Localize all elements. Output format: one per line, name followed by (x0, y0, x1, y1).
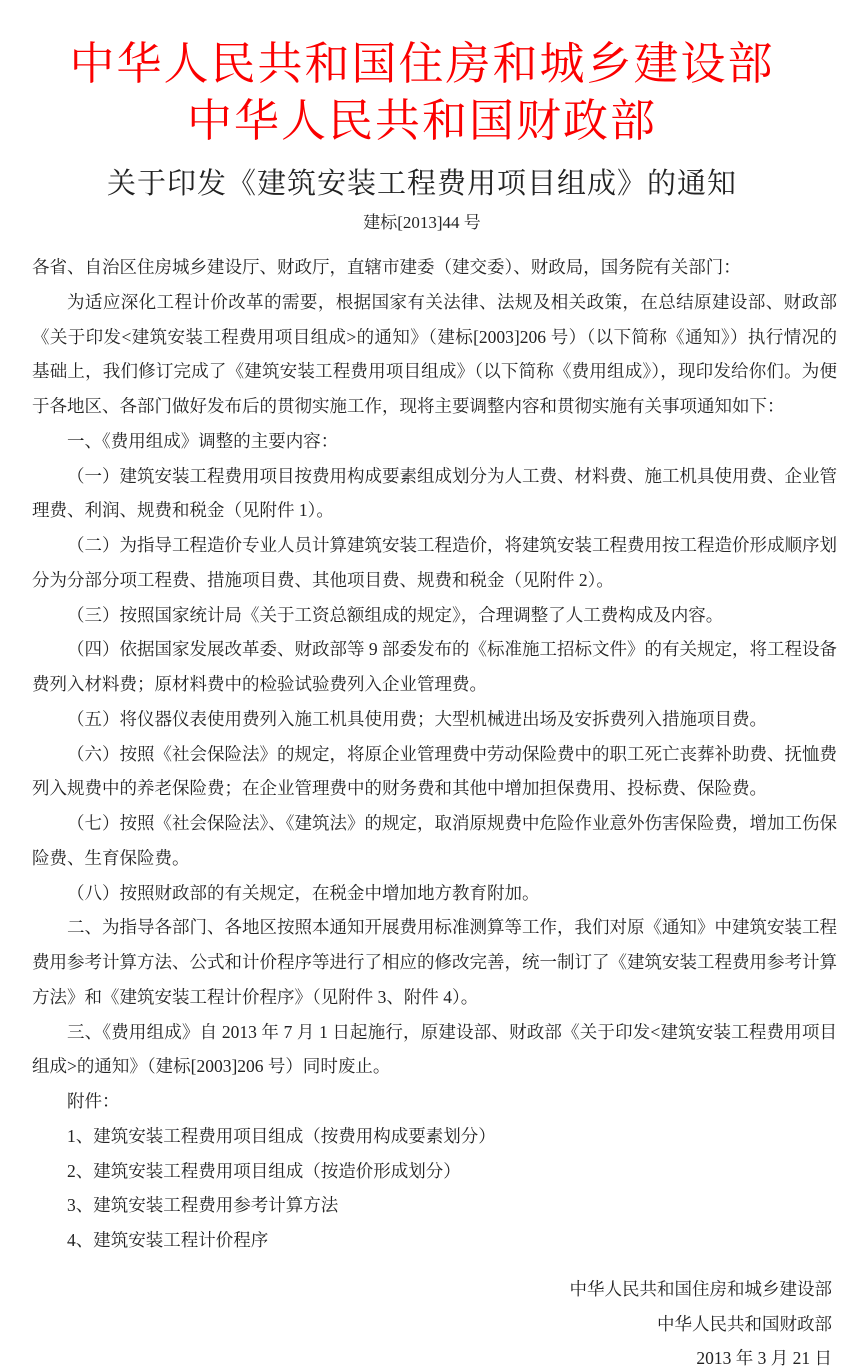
body-paragraph: 一、《费用组成》调整的主要内容： (32, 424, 837, 459)
body-paragraph: （七）按照《社会保险法》、《建筑法》的规定，取消原规费中危险作业意外伤害保险费，… (32, 806, 837, 876)
notice-body: 各省、自治区住房城乡建设厅、财政厅，直辖市建委（建交委）、财政局，国务院有关部门… (32, 250, 837, 1258)
body-paragraph: （一）建筑安装工程费用项目按费用构成要素组成划分为人工费、材料费、施工机具使用费… (32, 459, 837, 529)
signature-date: 2013 年 3 月 21 日 (0, 1341, 832, 1368)
attachment-item: 3、建筑安装工程费用参考计算方法 (32, 1188, 837, 1223)
body-paragraph: 三、《费用组成》自 2013 年 7 月 1 日起施行，原建设部、财政部《关于印… (32, 1015, 837, 1085)
attachments-label: 附件： (32, 1084, 837, 1119)
body-paragraph: （六）按照《社会保险法》的规定，将原企业管理费中劳动保险费中的职工死亡丧葬补助费… (32, 737, 837, 807)
body-paragraph: （五）将仪器仪表使用费列入施工机具使用费；大型机械进出场及安拆费列入措施项目费。 (32, 702, 837, 737)
issuing-agency-line2: 中华人民共和国财政部 (0, 93, 844, 150)
document-number: 建标[2013]44 号 (0, 210, 844, 236)
salutation: 各省、自治区住房城乡建设厅、财政厅，直辖市建委（建交委）、财政局，国务院有关部门… (32, 250, 837, 285)
signature-agency-2: 中华人民共和国财政部 (0, 1307, 832, 1342)
body-paragraph: （八）按照财政部的有关规定，在税金中增加地方教育附加。 (32, 876, 837, 911)
body-paragraph: （四）依据国家发展改革委、财政部等 9 部委发布的《标准施工招标文件》的有关规定… (32, 632, 837, 702)
body-paragraph: （三）按照国家统计局《关于工资总额组成的规定》，合理调整了人工费构成及内容。 (32, 598, 837, 633)
attachment-item: 1、建筑安装工程费用项目组成（按费用构成要素划分） (32, 1119, 837, 1154)
document-page: 中华人民共和国住房和城乡建设部 中华人民共和国财政部 关于印发《建筑安装工程费用… (0, 0, 844, 1368)
signature-block: 中华人民共和国住房和城乡建设部 中华人民共和国财政部 2013 年 3 月 21… (0, 1272, 832, 1368)
attachment-item: 4、建筑安装工程计价程序 (32, 1223, 837, 1258)
notice-title: 关于印发《建筑安装工程费用项目组成》的通知 (0, 164, 844, 204)
issuing-agency-line1: 中华人民共和国住房和城乡建设部 (0, 36, 844, 93)
signature-agency-1: 中华人民共和国住房和城乡建设部 (0, 1272, 832, 1307)
body-paragraph: 二、为指导各部门、各地区按照本通知开展费用标准测算等工作，我们对原《通知》中建筑… (32, 910, 837, 1014)
attachment-item: 2、建筑安装工程费用项目组成（按造价形成划分） (32, 1154, 837, 1189)
document-header: 中华人民共和国住房和城乡建设部 中华人民共和国财政部 关于印发《建筑安装工程费用… (0, 0, 844, 236)
body-paragraph: （二）为指导工程造价专业人员计算建筑安装工程造价，将建筑安装工程费用按工程造价形… (32, 528, 837, 598)
body-paragraph: 为适应深化工程计价改革的需要，根据国家有关法律、法规及相关政策，在总结原建设部、… (32, 285, 837, 424)
